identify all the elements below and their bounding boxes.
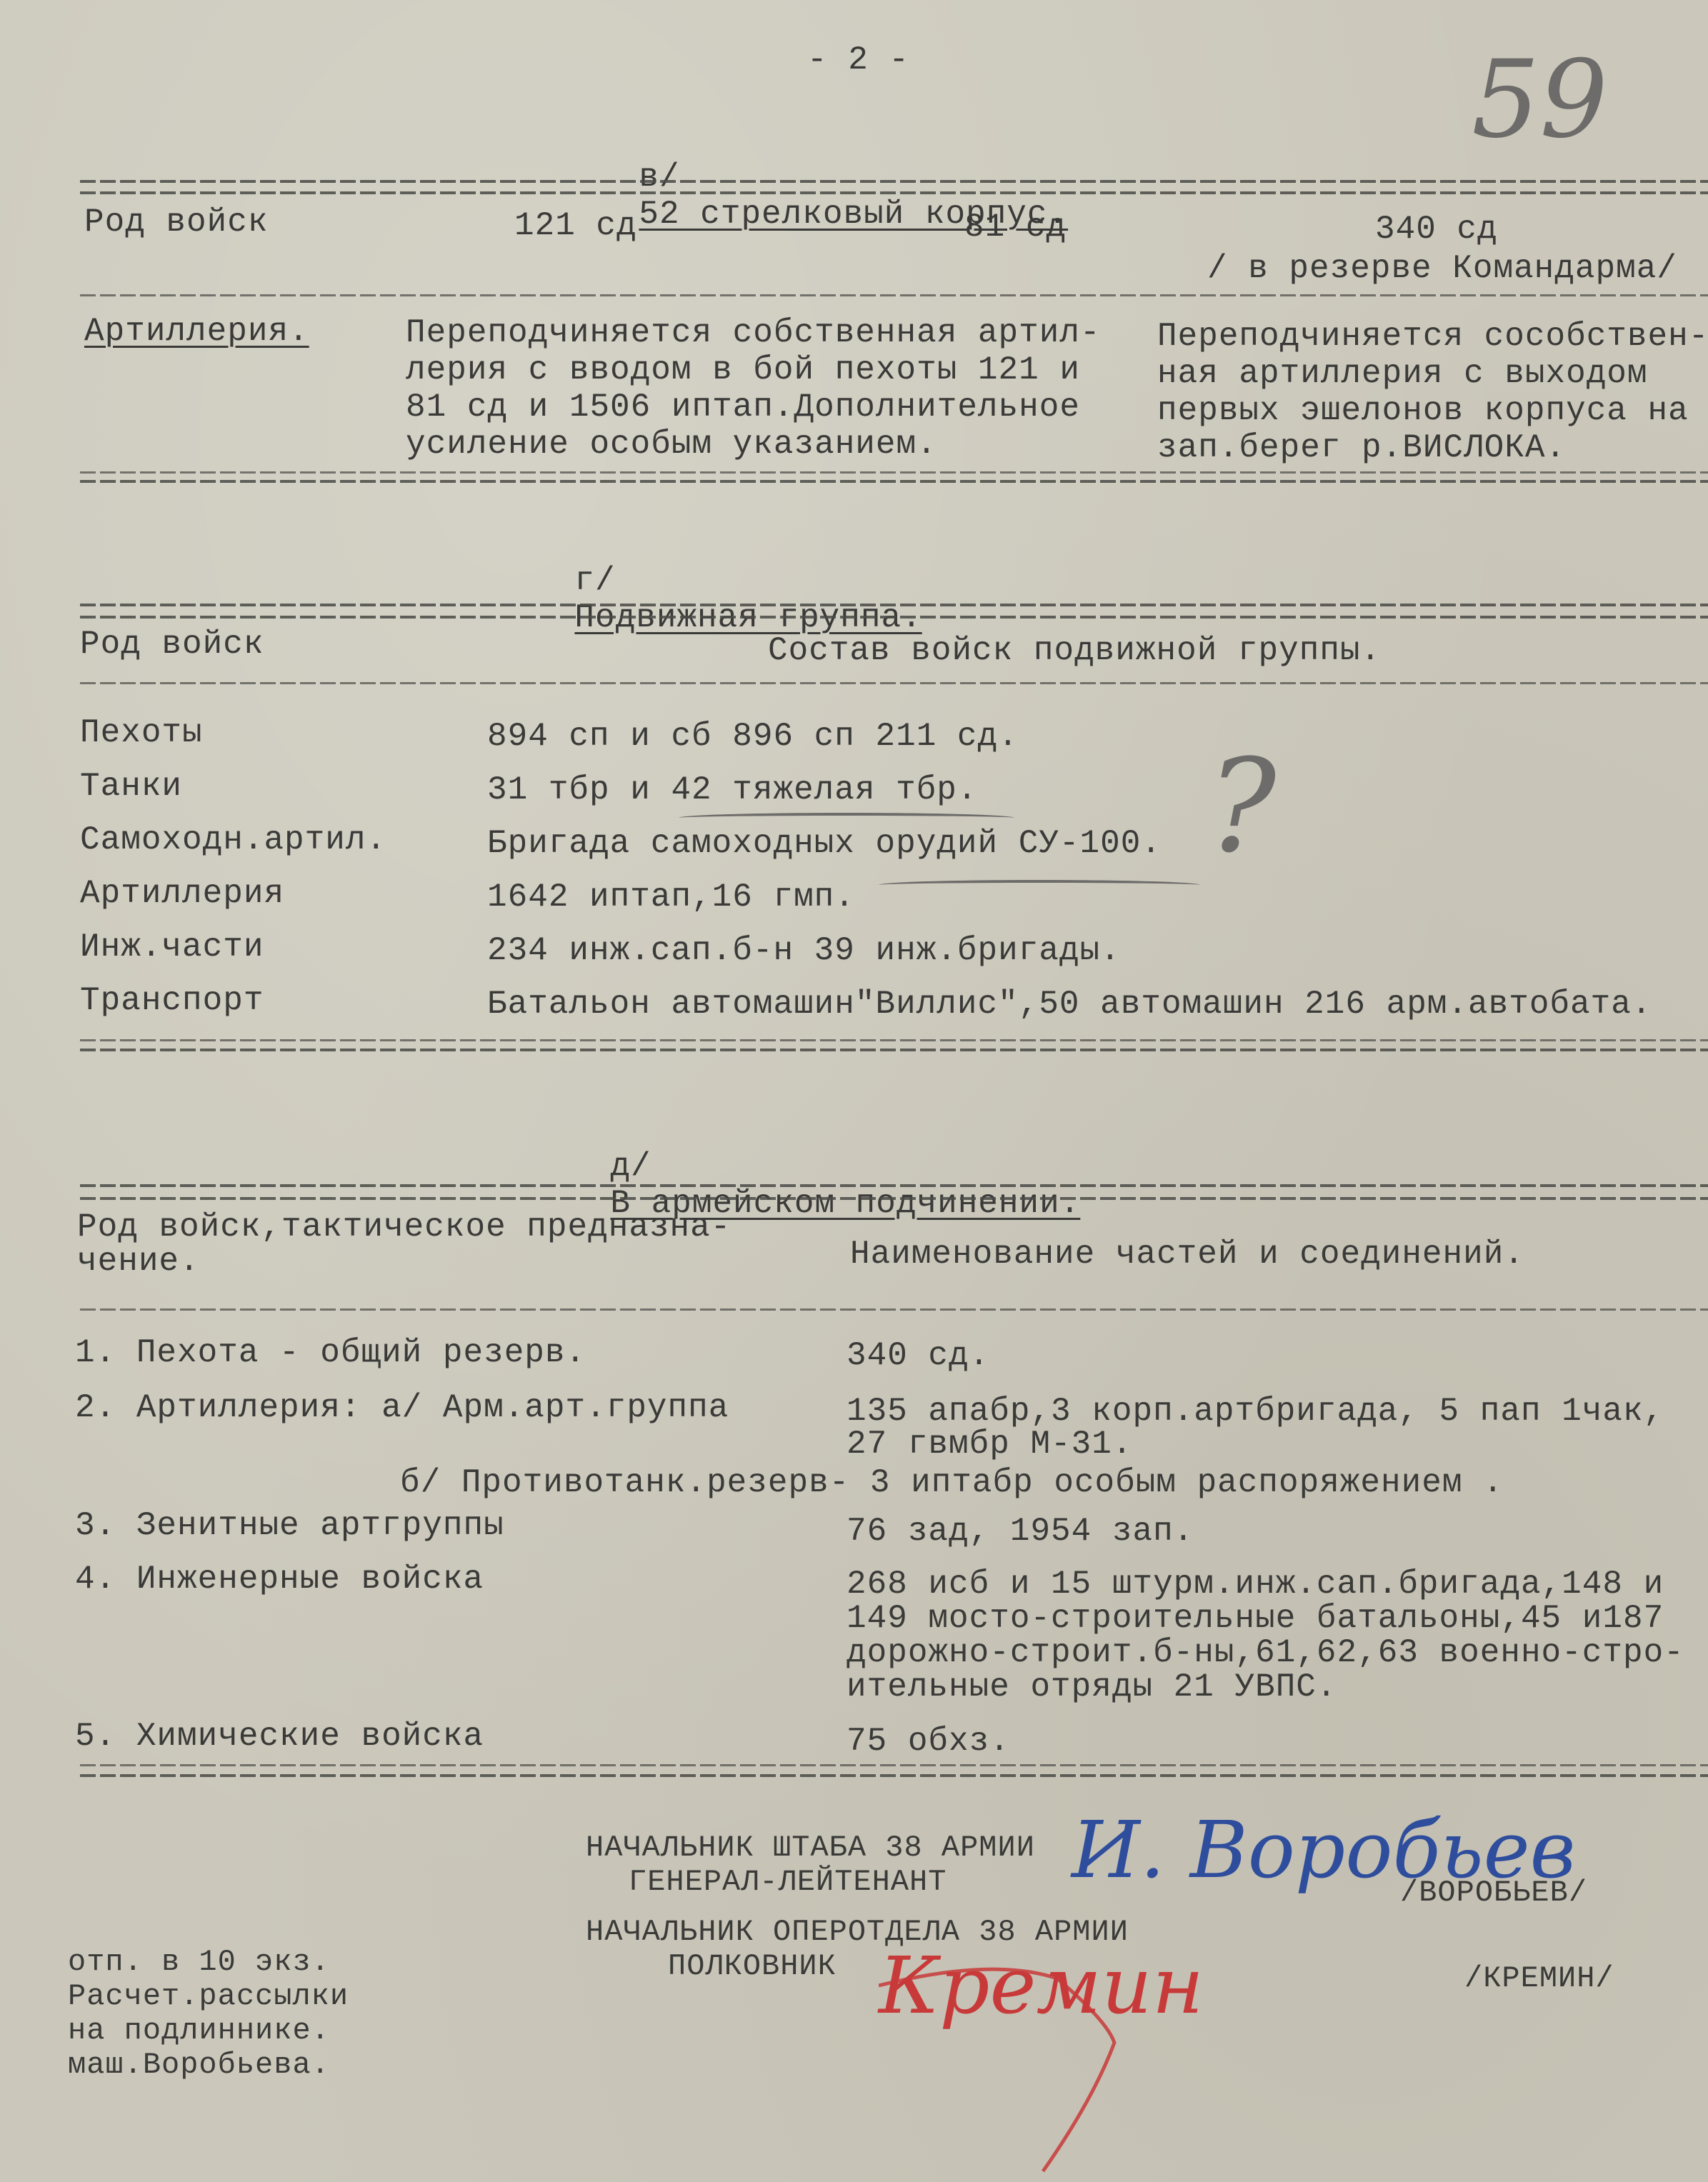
signer-1-rank: ГЕНЕРАЛ-ЛЕЙТЕНАНТ xyxy=(629,1864,947,1900)
row-label: Самоходн.артил. xyxy=(80,821,386,859)
table-header-cell: 121 сд xyxy=(514,207,637,244)
row-value-line: ная артиллерия с выходом xyxy=(1157,355,1648,392)
margin-question-mark: ? xyxy=(1207,736,1277,879)
row-value: 268 исб и 15 штурм.инж.сап.бригада,148 и xyxy=(846,1566,1664,1603)
row-label: 3. Зенитные артгруппы xyxy=(75,1507,504,1544)
row-label: Пехоты xyxy=(80,714,203,751)
row-value: 149 мосто-строительные батальоны,45 и187 xyxy=(846,1600,1664,1637)
row-value-line: 81 сд и 1506 иптап.Дополнительное xyxy=(406,389,1080,426)
row-value: 135 апабр,3 корп.артбригада, 5 пап 1чак, xyxy=(846,1393,1664,1430)
row-value: 234 инж.сап.б-н 39 инж.бригады. xyxy=(487,932,1121,969)
row-value: Батальон автомашин"Виллис",50 автомашин … xyxy=(487,986,1652,1023)
table-header-note: / в резерве Командарма/ xyxy=(1207,250,1677,287)
row-value-line: первых эшелонов корпуса на xyxy=(1157,392,1689,429)
table-rule xyxy=(80,604,1708,606)
pencil-underline xyxy=(679,813,1014,823)
row-label: Инж.части xyxy=(80,929,264,966)
table-rule xyxy=(80,1774,1708,1777)
table-rule xyxy=(80,294,1708,296)
table-header-cell: чение. xyxy=(77,1243,200,1280)
row-value: 31 тбр и 42 тяжелая тбр. xyxy=(487,771,978,809)
table-header-cell: Состав войск подвижной группы. xyxy=(768,632,1381,669)
table-rule xyxy=(80,1039,1708,1041)
row-label: Транспорт xyxy=(80,982,264,1019)
table-rule xyxy=(80,191,1708,194)
section-g-prefix: г/ xyxy=(574,562,615,599)
row-value: 894 сп и сб 896 сп 211 сд. xyxy=(487,718,1019,755)
signer-1-name: /ВОРОБЬЕВ/ xyxy=(1400,1875,1587,1911)
document-page: - 2 - 59 в/ 52 стрелковый корпус. Род во… xyxy=(0,0,1708,2182)
row-value: 76 зад, 1954 зап. xyxy=(846,1513,1194,1550)
footer-note-line: на подлиннике. xyxy=(68,2013,330,2048)
section-d-prefix: д/ xyxy=(610,1148,651,1185)
row-label: 4. Инженерные войска xyxy=(75,1561,484,1598)
table-rule xyxy=(80,616,1708,619)
row-value: ительные отряды 21 УВПС. xyxy=(846,1668,1337,1706)
row-label: 5. Химические войска xyxy=(75,1718,484,1755)
archive-sheet-number: 59 xyxy=(1472,43,1608,157)
table-header-cell: 340 сд xyxy=(1375,211,1498,248)
table-rule xyxy=(80,471,1708,474)
row-value: 1642 иптап,16 гмп. xyxy=(487,879,855,916)
row-value: 340 сд. xyxy=(846,1337,989,1374)
table-rule xyxy=(80,1764,1708,1766)
section-v-heading: в/ 52 стрелковый корпус. xyxy=(557,121,1068,270)
footer-note-line: отп. в 10 экз. xyxy=(68,1944,330,1980)
table-rule xyxy=(80,1049,1708,1051)
row-value-line: зап.берег р.ВИСЛОКА. xyxy=(1157,429,1566,466)
row-label: Артиллерия. xyxy=(84,313,309,350)
table-header-cell: Род войск xyxy=(84,204,268,241)
page-number: - 2 - xyxy=(807,41,909,79)
row-label: 2. Артиллерия: а/ Арм.арт.группа xyxy=(75,1389,729,1426)
row-value: 27 гвмбр М-31. xyxy=(846,1426,1132,1463)
signer-2-rank: ПОЛКОВНИК xyxy=(668,1948,836,1984)
pencil-underline xyxy=(879,880,1200,890)
row-value-line: Переподчиняется собственная артил- xyxy=(406,314,1101,351)
row-label: Артиллерия xyxy=(80,875,284,912)
footer-note-line: маш.Воробьева. xyxy=(68,2047,330,2083)
signature-kremin-tail xyxy=(879,1957,1179,2182)
table-rule xyxy=(80,1308,1708,1311)
table-header-cell: Род войск xyxy=(80,626,264,663)
row-label: 1. Пехота - общий резерв. xyxy=(75,1334,586,1371)
row-full: б/ Противотанк.резерв- 3 иптабр особым р… xyxy=(400,1464,1504,1501)
row-value-line: лерия с вводом в бой пехоты 121 и xyxy=(406,351,1080,389)
table-rule xyxy=(80,1184,1708,1187)
table-rule xyxy=(80,480,1708,483)
row-value: 75 обхз. xyxy=(846,1723,1010,1760)
table-header-cell: 81 сд xyxy=(964,209,1067,246)
footer-note-line: Расчет.рассылки xyxy=(68,1978,349,2014)
table-rule xyxy=(80,180,1708,183)
row-value: дорожно-строит.б-ны,61,62,63 военно-стро… xyxy=(846,1634,1684,1671)
row-value: Бригада самоходных орудий СУ-100. xyxy=(487,825,1162,862)
signer-1-title: НАЧАЛЬНИК ШТАБА 38 АРМИИ xyxy=(586,1830,1035,1866)
signer-2-name: /КРЕМИН/ xyxy=(1464,1961,1614,1996)
row-value-line: Переподчиняется сособствен- xyxy=(1157,318,1708,355)
row-label: Танки xyxy=(80,768,182,805)
section-v-prefix: в/ xyxy=(639,159,679,196)
table-header-cell: Род войск,тактическое предназна- xyxy=(77,1208,731,1246)
table-rule xyxy=(80,1197,1708,1200)
table-header-cell: Наименование частей и соединений. xyxy=(850,1236,1524,1273)
table-rule xyxy=(80,682,1708,684)
row-value-line: усиление особым указанием. xyxy=(406,426,937,463)
